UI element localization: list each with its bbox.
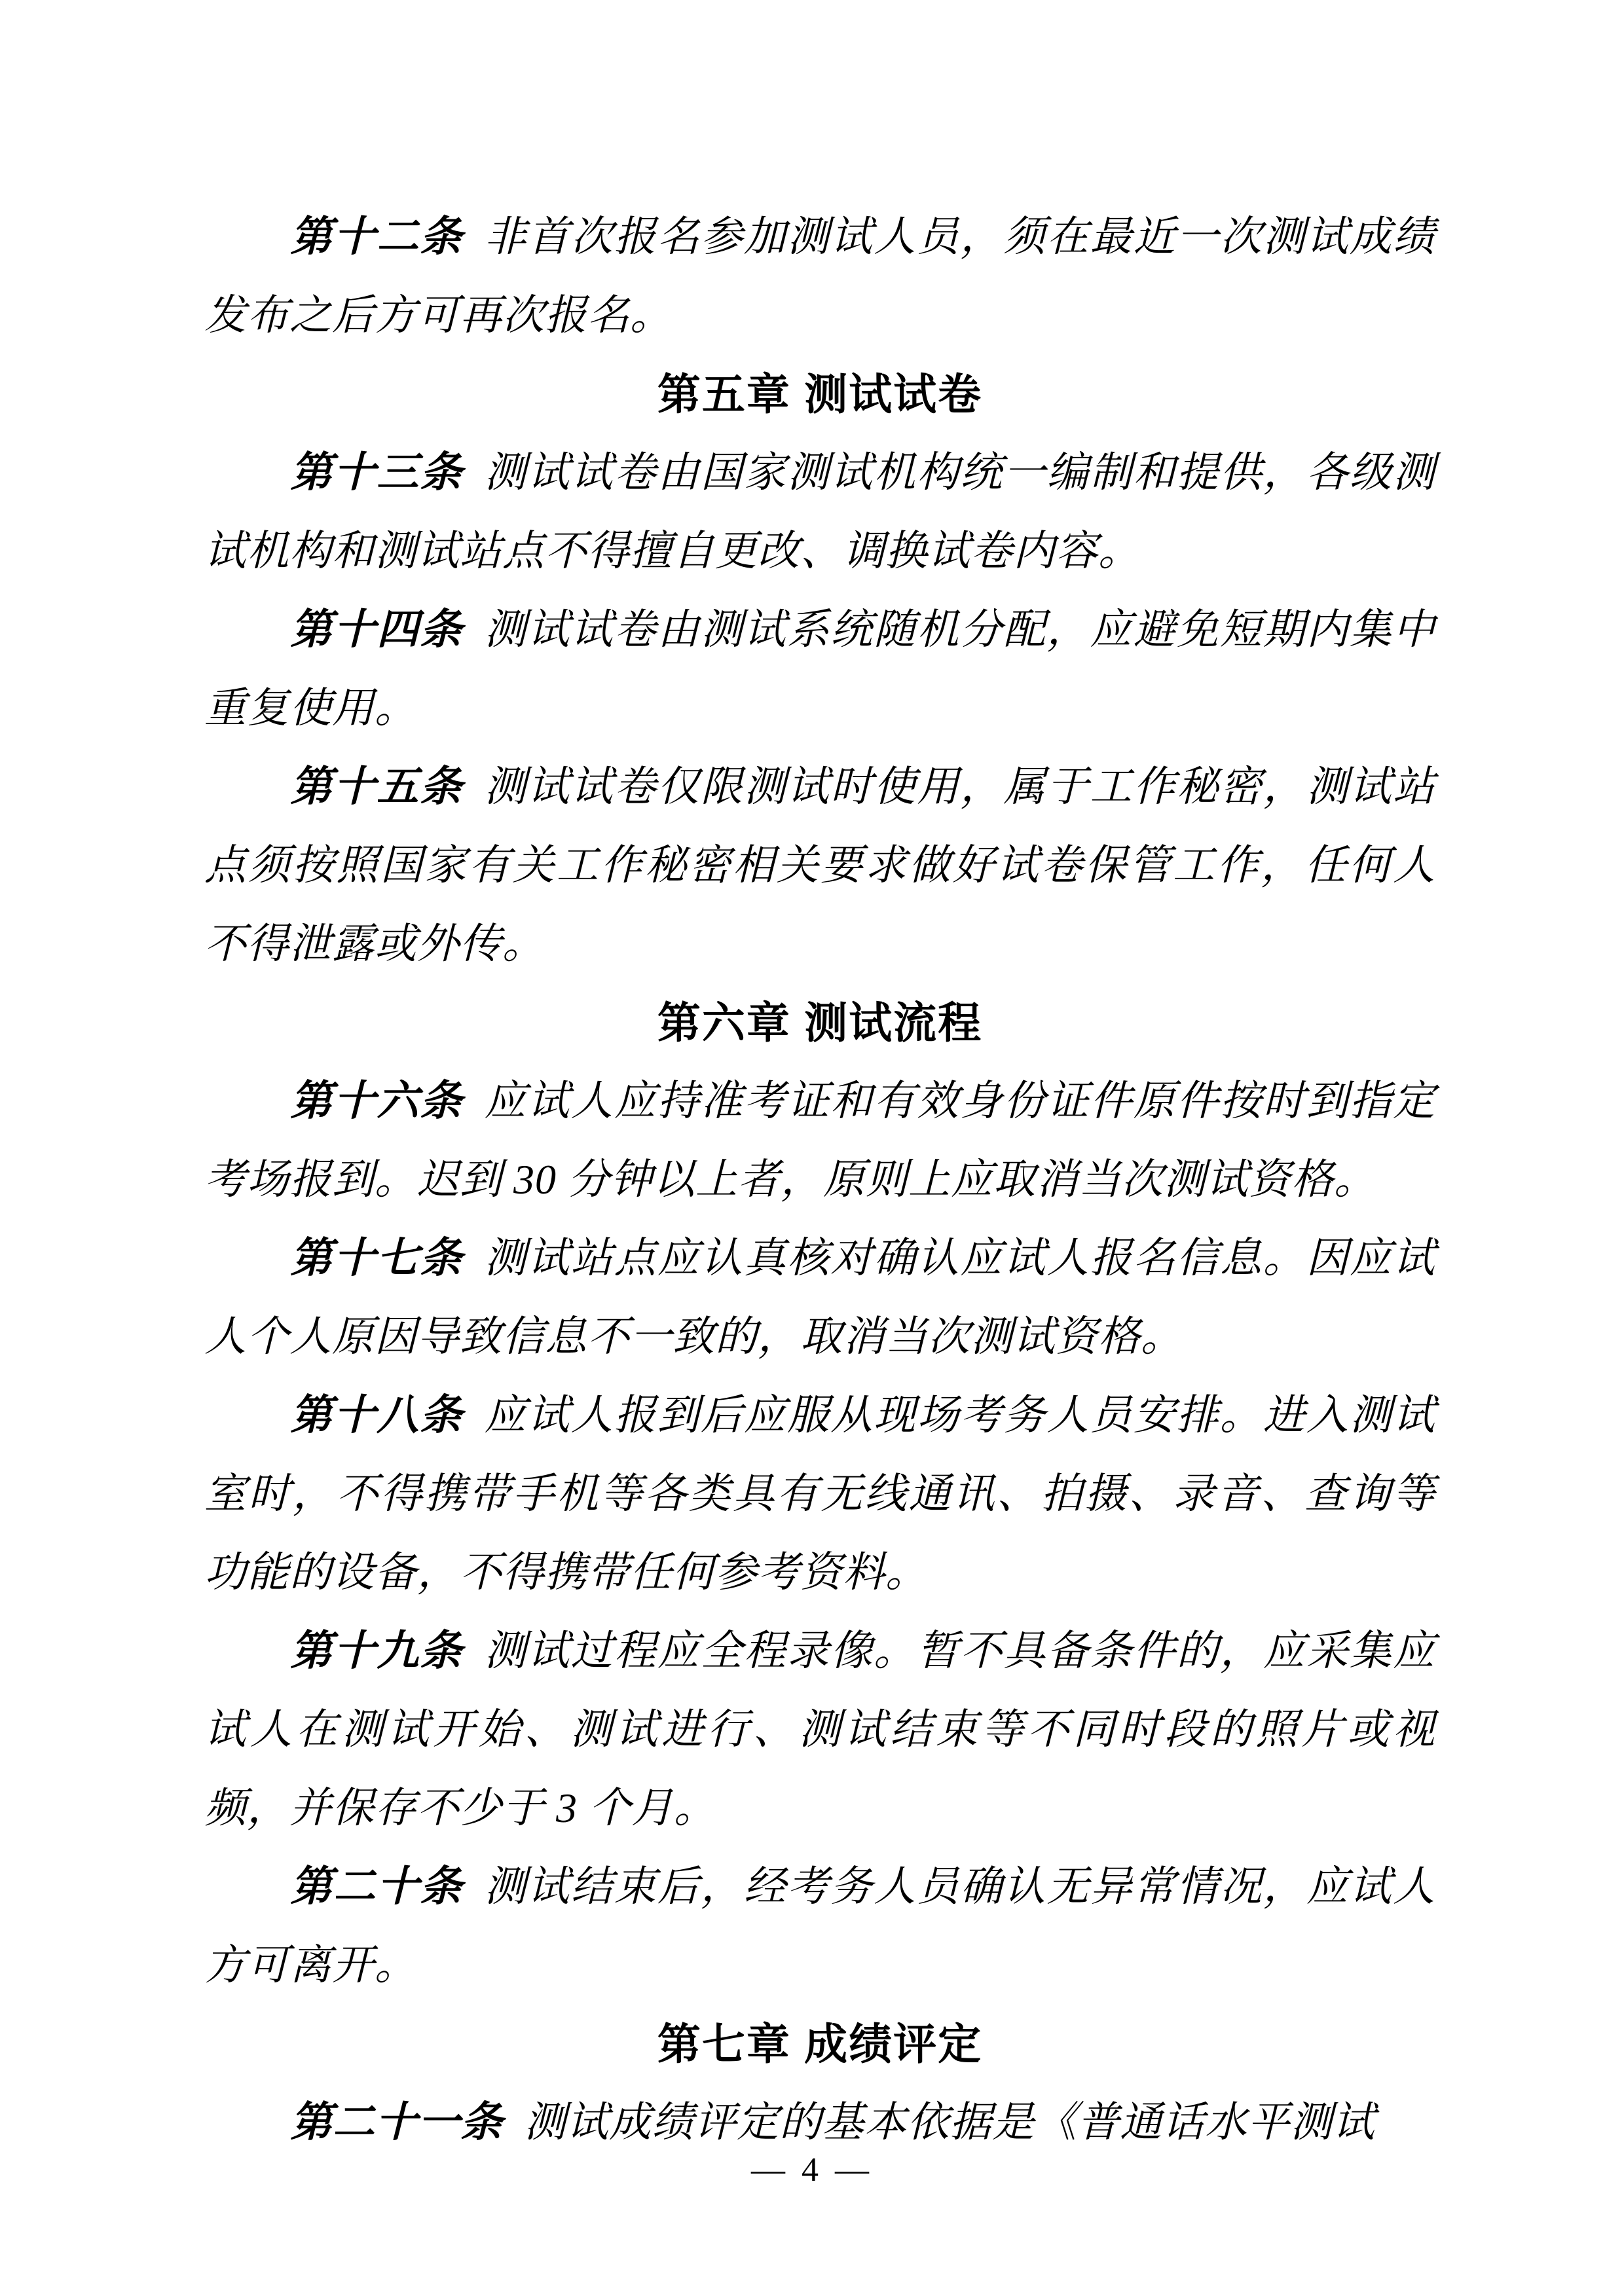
article-14-paragraph: 第十四条测试试卷由测试系统随机分配，应避免短期内集中重复使用。: [204, 591, 1435, 748]
article-17-paragraph: 第十七条测试站点应认真核对确认应试人报名信息。因应试人个人原因导致信息不一致的，…: [204, 1219, 1435, 1376]
document-body: 第十二条非首次报名参加测试人员，须在最近一次测试成绩发布之后方可再次报名。 第五…: [204, 198, 1435, 2162]
article-21-text: 测试成绩评定的基本依据是《普通话水平测试: [524, 2099, 1375, 2145]
article-16-number: 第十六条: [290, 1078, 463, 1124]
article-18-number: 第十八条: [290, 1392, 463, 1438]
chapter-6-heading: 第六章 测试流程: [204, 983, 1435, 1062]
article-20-paragraph: 第二十条测试结束后，经考务人员确认无异常情况，应试人方可离开。: [204, 1848, 1435, 2005]
article-14-number: 第十四条: [290, 606, 463, 653]
article-19-paragraph: 第十九条测试过程应全程录像。暂不具备条件的，应采集应试人在测试开始、测试进行、测…: [204, 1612, 1435, 1848]
article-20-number: 第二十条: [290, 1863, 463, 1910]
article-21-paragraph: 第二十一条测试成绩评定的基本依据是《普通话水平测试: [204, 2083, 1435, 2162]
article-16-paragraph: 第十六条应试人应持准考证和有效身份证件原件按时到指定考场报到。迟到 30 分钟以…: [204, 1062, 1435, 1219]
document-page: 第十二条非首次报名参加测试人员，须在最近一次测试成绩发布之后方可再次报名。 第五…: [0, 0, 1624, 2296]
article-12-number: 第十二条: [290, 213, 463, 260]
article-13-number: 第十三条: [290, 449, 463, 496]
article-15-paragraph: 第十五条测试试卷仅限测试时使用，属于工作秘密，测试站点须按照国家有关工作秘密相关…: [204, 748, 1435, 983]
article-17-number: 第十七条: [290, 1235, 463, 1281]
chapter-5-heading: 第五章 测试试卷: [204, 355, 1435, 433]
article-21-number: 第二十一条: [290, 2099, 503, 2145]
article-13-paragraph: 第十三条测试试卷由国家测试机构统一编制和提供，各级测试机构和测试站点不得擅自更改…: [204, 433, 1435, 591]
article-12-paragraph: 第十二条非首次报名参加测试人员，须在最近一次测试成绩发布之后方可再次报名。: [204, 198, 1435, 355]
chapter-7-heading: 第七章 成绩评定: [204, 2005, 1435, 2083]
article-18-paragraph: 第十八条应试人报到后应服从现场考务人员安排。进入测试室时，不得携带手机等各类具有…: [204, 1376, 1435, 1612]
page-number: — 4 —: [0, 2151, 1624, 2190]
article-19-number: 第十九条: [290, 1628, 463, 1674]
article-15-number: 第十五条: [290, 763, 463, 810]
